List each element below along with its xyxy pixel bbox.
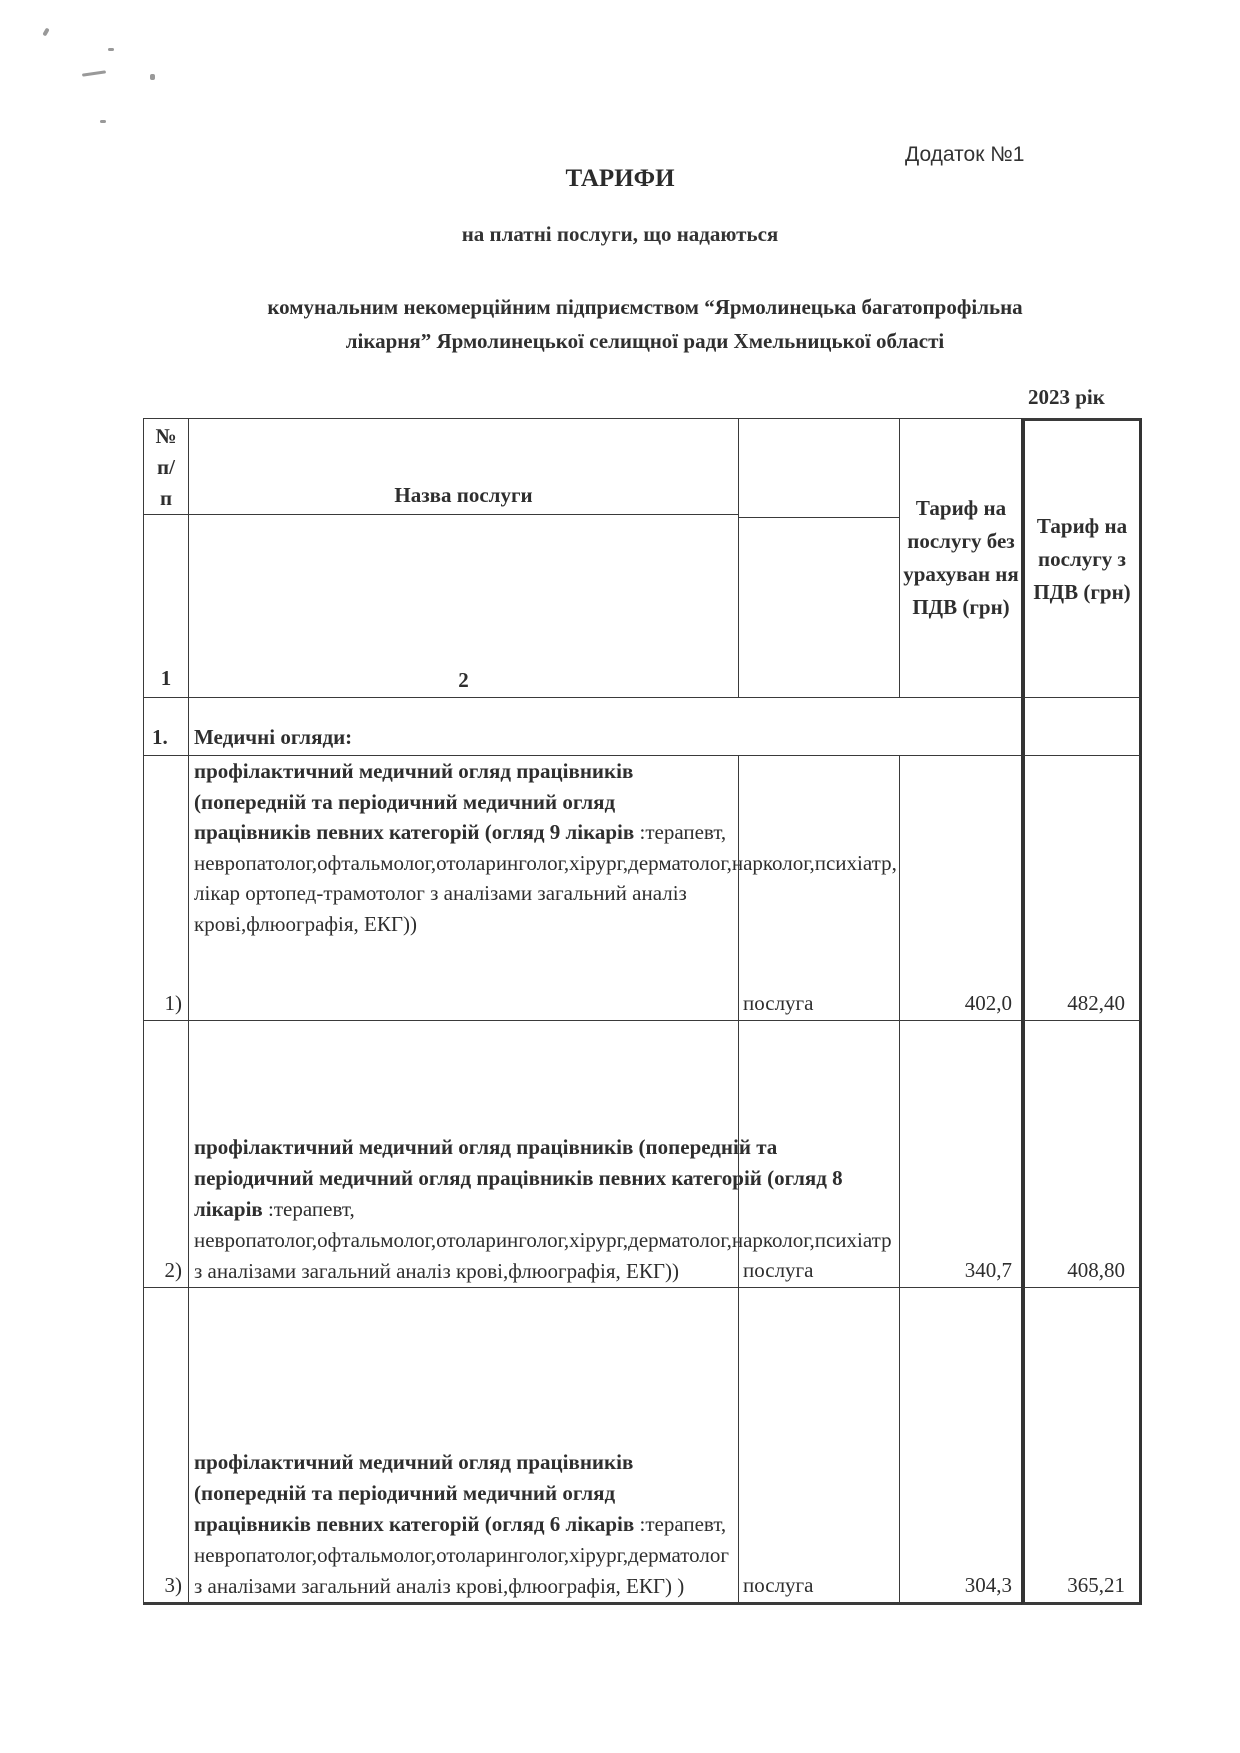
header-name-index: 2 (188, 514, 739, 698)
column-index-1: 1 (161, 661, 172, 695)
scan-artifact (100, 120, 106, 123)
row-2-name: профілактичний медичний огляд працівникі… (188, 1020, 739, 1288)
row-3-number: 3) (143, 1287, 189, 1605)
row-1-unit: послуга (738, 755, 900, 1021)
header-price-with-vat-label: Тариф на послугу з ПДВ (грн) (1033, 510, 1131, 609)
header-price-without-vat-label: Тариф на послугу без урахуван ня ПДВ (гр… (901, 492, 1021, 624)
header-unit-lower (738, 517, 900, 698)
row-2-number: 2) (143, 1020, 189, 1288)
scan-artifact (42, 28, 49, 37)
annex-label: Додаток №1 (905, 143, 1024, 167)
header-name-label: Назва послуги (394, 478, 532, 512)
row-2-price-without-vat: 340,7 (899, 1020, 1023, 1288)
header-unit (738, 418, 900, 518)
row-3-price-without-vat: 304,3 (899, 1287, 1023, 1605)
document-subtitle: на платні послуги, що надаються (0, 222, 1240, 247)
column-index-2: 2 (458, 663, 469, 697)
row-1-name: профілактичний медичний огляд працівникі… (188, 755, 739, 1021)
row-1-price-without-vat: 402,0 (899, 755, 1023, 1021)
row-1-number: 1) (143, 755, 189, 1021)
scan-artifact (108, 48, 114, 51)
organization-name: комунальним некомерційним підприємством … (150, 290, 1140, 358)
header-number: №п/п (143, 418, 189, 515)
header-number-label: №п/п (155, 424, 176, 510)
tariff-table: №п/п 1 Назва послуги 2 Тариф на послугу … (143, 418, 1142, 1605)
organization-line-2: лікарня” Ярмолинецької селищної ради Хме… (150, 324, 1140, 358)
section-title: Медичні огляди: (188, 697, 1023, 756)
section-price-cell (1021, 697, 1142, 756)
organization-line-1: комунальним некомерційним підприємством … (150, 290, 1140, 324)
row-3-price-with-vat: 365,21 (1021, 1287, 1142, 1605)
row-1-price-with-vat: 482,40 (1021, 755, 1142, 1021)
scan-artifact (82, 70, 106, 76)
row-2-price-with-vat: 408,80 (1021, 1020, 1142, 1288)
row-3-name: профілактичний медичний огляд працівникі… (188, 1287, 739, 1605)
header-price-without-vat: Тариф на послугу без урахуван ня ПДВ (гр… (899, 418, 1023, 698)
year-label: 2023 рік (1028, 385, 1105, 410)
scan-artifact (150, 74, 155, 80)
section-number: 1. (143, 697, 189, 756)
header-number-index: 1 (143, 514, 189, 698)
header-price-with-vat: Тариф на послугу з ПДВ (грн) (1021, 418, 1142, 698)
header-name: Назва послуги (188, 418, 739, 515)
document-title: ТАРИФИ (0, 165, 1240, 193)
row-2-unit: послуга (738, 1020, 900, 1288)
row-3-unit: послуга (738, 1287, 900, 1605)
